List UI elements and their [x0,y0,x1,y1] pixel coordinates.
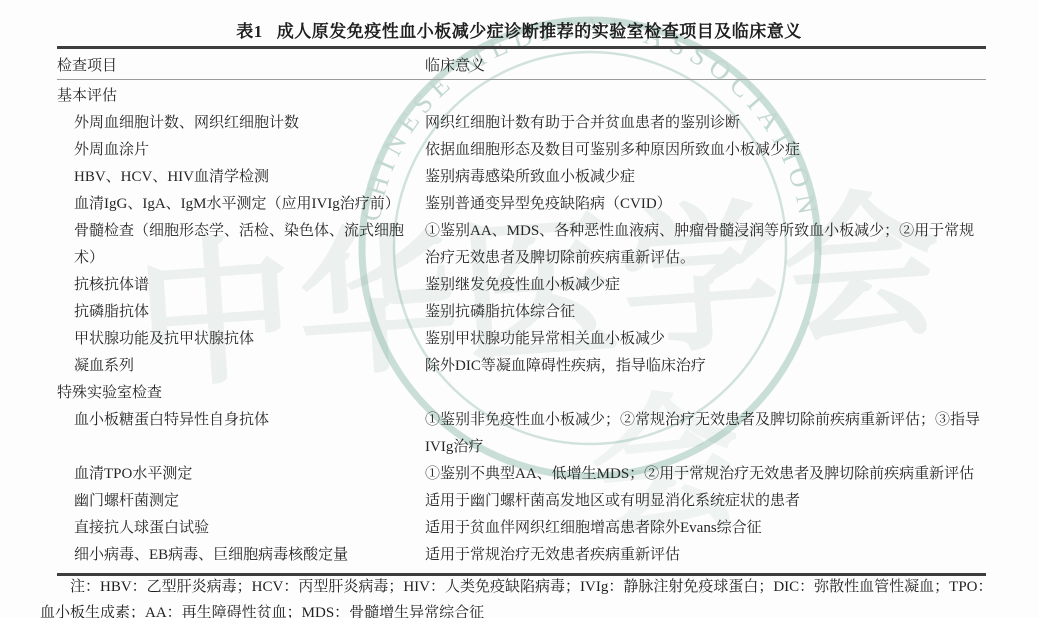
item-cell: 血小板糖蛋白特异性自身抗体 [57,407,425,461]
significance-cell: 鉴别病毒感染所致血小板减少症 [425,164,986,191]
significance-cell: 依据血细胞形态及数目可鉴别多种原因所致血小板减少症 [425,137,986,164]
column-header-item: 检查项目 [57,54,425,75]
table-row: 甲状腺功能及抗甲状腺抗体 鉴别甲状腺功能异常相关血小板减少 [57,326,986,353]
lab-tests-table: 检查项目 临床意义 基本评估 外周血细胞计数、网织红细胞计数 网织红细胞计数有助… [57,46,986,576]
item-cell: 外周血细胞计数、网织红细胞计数 [57,110,425,137]
table-body: 基本评估 外周血细胞计数、网织红细胞计数 网织红细胞计数有助于合并贫血患者的鉴别… [57,80,986,573]
significance-cell: 除外DIC等凝血障碍性疾病，指导临床治疗 [425,353,986,380]
item-cell: 细小病毒、EB病毒、巨细胞病毒核酸定量 [57,542,425,569]
table-row: 抗磷脂抗体 鉴别抗磷脂抗体综合征 [57,299,986,326]
table-row: 抗核抗体谱 鉴别继发免疫性血小板减少症 [57,272,986,299]
significance-cell: 适用于幽门螺杆菌高发地区或有明显消化系统症状的患者 [425,488,986,515]
table-caption: 表1成人原发免疫性血小板减少症诊断推荐的实验室检查项目及临床意义 [0,17,1038,42]
table-row: 幽门螺杆菌测定 适用于幽门螺杆菌高发地区或有明显消化系统症状的患者 [57,488,986,515]
table-caption-title: 成人原发免疫性血小板减少症诊断推荐的实验室检查项目及临床意义 [277,22,802,41]
significance-cell: 鉴别普通变异型免疫缺陷病（CVID） [425,191,986,218]
item-cell: 甲状腺功能及抗甲状腺抗体 [57,326,425,353]
table-row: 血清IgG、IgA、IgM水平测定（应用IVIg治疗前） 鉴别普通变异型免疫缺陷… [57,191,986,218]
item-cell: 抗磷脂抗体 [57,299,425,326]
item-cell: 外周血涂片 [57,137,425,164]
item-cell: HBV、HCV、HIV血清学检测 [57,164,425,191]
table-row: 外周血涂片 依据血细胞形态及数目可鉴别多种原因所致血小板减少症 [57,137,986,164]
item-cell: 骨髓检查（细胞形态学、活检、染色体、流式细胞术） [57,218,425,272]
significance-cell: ①鉴别不典型AA、低增生MDS；②用于常规治疗无效患者及脾切除前疾病重新评估 [425,461,986,488]
table-row: 直接抗人球蛋白试验 适用于贫血伴网织红细胞增高患者除外Evans综合征 [57,515,986,542]
significance-cell: ①鉴别AA、MDS、各种恶性血液病、肿瘤骨髓浸润等所致血小板减少；②用于常规治疗… [425,218,986,272]
item-cell: 血清TPO水平测定 [57,461,425,488]
item-cell: 血清IgG、IgA、IgM水平测定（应用IVIg治疗前） [57,191,425,218]
table-footnote: 注：HBV：乙型肝炎病毒；HCV：丙型肝炎病毒；HIV：人类免疫缺陷病毒；IVI… [40,574,1002,618]
table-row: 凝血系列 除外DIC等凝血障碍性疾病，指导临床治疗 [57,353,986,380]
column-header-significance: 临床意义 [425,54,986,75]
item-cell: 凝血系列 [57,353,425,380]
table-row: 细小病毒、EB病毒、巨细胞病毒核酸定量 适用于常规治疗无效患者疾病重新评估 [57,542,986,569]
significance-cell: ①鉴别非免疫性血小板减少；②常规治疗无效患者及脾切除前疾病重新评估；③指导IVI… [425,407,986,461]
table-row: 血清TPO水平测定 ①鉴别不典型AA、低增生MDS；②用于常规治疗无效患者及脾切… [57,461,986,488]
table-row: 血小板糖蛋白特异性自身抗体 ①鉴别非免疫性血小板减少；②常规治疗无效患者及脾切除… [57,407,986,461]
table-row: 外周血细胞计数、网织红细胞计数 网织红细胞计数有助于合并贫血患者的鉴别诊断 [57,110,986,137]
section-header-special: 特殊实验室检查 [57,380,986,407]
significance-cell: 鉴别抗磷脂抗体综合征 [425,299,986,326]
table-header-row: 检查项目 临床意义 [57,49,986,80]
significance-cell: 鉴别继发免疫性血小板减少症 [425,272,986,299]
section-header-basic: 基本评估 [57,83,986,110]
significance-cell: 适用于贫血伴网织红细胞增高患者除外Evans综合征 [425,515,986,542]
significance-cell: 适用于常规治疗无效患者疾病重新评估 [425,542,986,569]
significance-cell: 网织红细胞计数有助于合并贫血患者的鉴别诊断 [425,110,986,137]
table-row: HBV、HCV、HIV血清学检测 鉴别病毒感染所致血小板减少症 [57,164,986,191]
table-caption-label: 表1 [236,22,263,41]
table-row: 骨髓检查（细胞形态学、活检、染色体、流式细胞术） ①鉴别AA、MDS、各种恶性血… [57,218,986,272]
item-cell: 直接抗人球蛋白试验 [57,515,425,542]
item-cell: 幽门螺杆菌测定 [57,488,425,515]
item-cell: 抗核抗体谱 [57,272,425,299]
significance-cell: 鉴别甲状腺功能异常相关血小板减少 [425,326,986,353]
journal-page: CHINESE MEDICAL ASSOCIATION 中华医学会 会 表1成人… [0,0,1038,618]
